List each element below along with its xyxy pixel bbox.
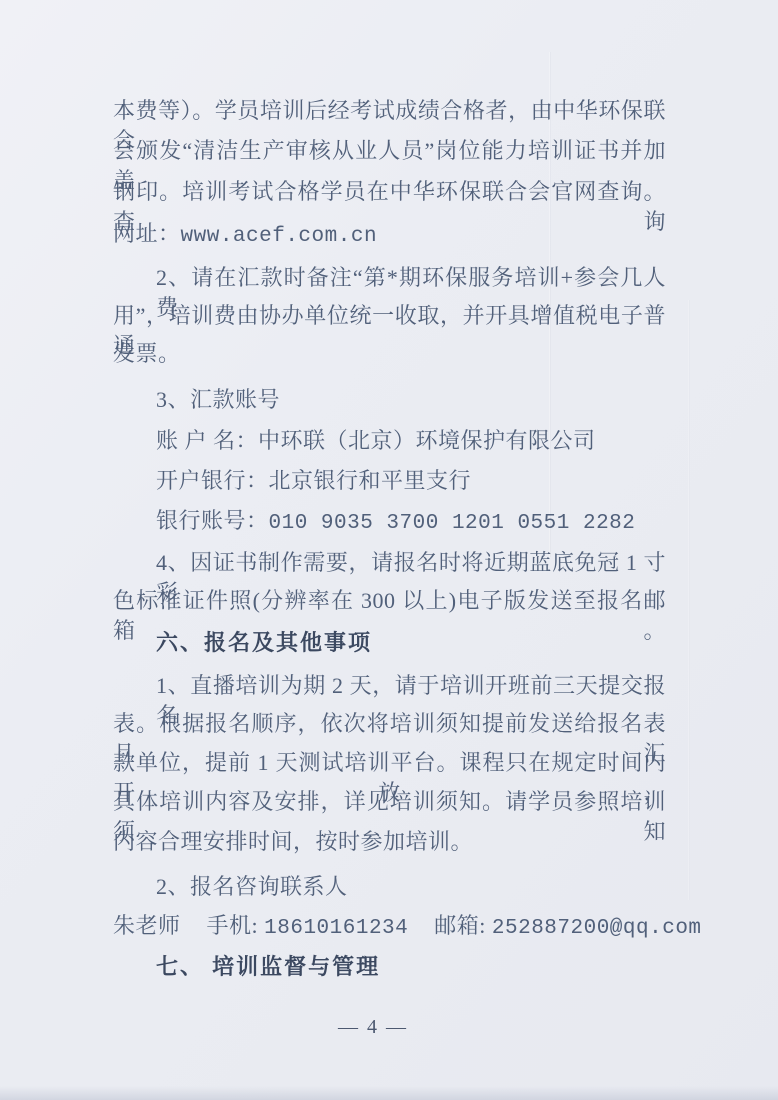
account-name-value: 中环联（北京）环境保护有限公司 <box>258 428 596 453</box>
scanned-document-page: 本费等）。学员培训后经考试成绩合格者，由中华环保联合 会颁发“清洁生产审核从业人… <box>0 0 778 1100</box>
contact-name: 朱老师 <box>113 913 181 938</box>
account-number-label: 银行账号： <box>156 508 269 533</box>
paragraph-remit-line2: 用”，培训费由协办单位统一收取，并开具增值税电子普通 <box>113 301 666 361</box>
account-name-line: 账 户 名：中环联（北京）环境保护有限公司 <box>156 426 596 456</box>
account-name-label: 账 户 名： <box>156 428 258 453</box>
paragraph-remit-line3: 发票。 <box>113 339 181 369</box>
account-number-value: 010 9035 3700 1201 0551 2282 <box>269 512 636 535</box>
email-address: 252887200@qq.com <box>492 917 702 940</box>
page-number: — 4 — <box>113 1016 633 1039</box>
section6-contact-heading: 2、报名咨询联系人 <box>156 872 348 902</box>
phone-number: 18610161234 <box>264 917 408 940</box>
email-label: 邮箱: <box>434 913 486 938</box>
section7-heading: 七、 培训监督与管理 <box>156 952 380 982</box>
document-body: 本费等）。学员培训后经考试成绩合格者，由中华环保联合 会颁发“清洁生产审核从业人… <box>113 0 666 1100</box>
contact-line: 朱老师手机: 18610161234邮箱: 252887200@qq.com <box>113 911 702 944</box>
account-bank-line: 开户银行：北京银行和平里支行 <box>156 466 471 496</box>
account-section-heading: 3、汇款账号 <box>156 385 280 415</box>
paragraph-cert-url-line: 网址：www.acef.com.cn <box>113 219 377 252</box>
account-bank-value: 北京银行和平里支行 <box>269 468 472 493</box>
section6-heading: 六、报名及其他事项 <box>156 628 372 658</box>
section6-paragraph1-line5: 内容合理安排时间，按时参加培训。 <box>113 827 473 857</box>
scan-crease-artifact <box>688 300 690 900</box>
website-label: 网址： <box>113 221 181 246</box>
website-url: www.acef.com.cn <box>181 225 378 248</box>
account-number-line: 银行账号：010 9035 3700 1201 0551 2282 <box>156 506 635 539</box>
phone-label: 手机: <box>207 913 259 938</box>
account-bank-label: 开户银行： <box>156 468 269 493</box>
